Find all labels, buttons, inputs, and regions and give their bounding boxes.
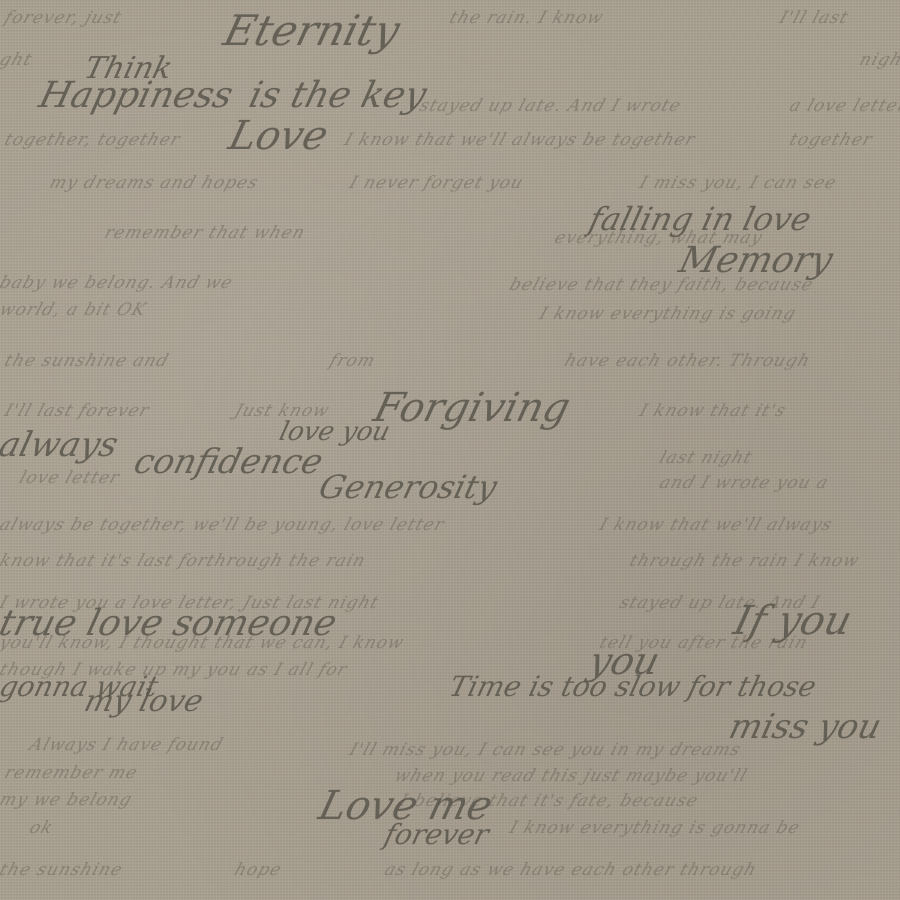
script-word: Generosity [316,471,500,503]
script-word: forever [382,821,492,849]
handwriting-line: remember me [2,765,140,782]
script-word: miss you [726,710,885,744]
script-word: Time is too slow for those [447,673,819,701]
handwriting-line: ok [27,820,55,837]
handwriting-line: I'll last forever [2,403,151,420]
handwriting-line: always be together, we'll be young, love… [0,517,446,534]
handwriting-line: I'll last [777,10,850,27]
script-wallpaper-texture: forever, justthe rain. I knowI'll lastgh… [0,0,900,900]
handwriting-line: my dreams and hopes [47,175,260,192]
script-word: Memory [676,243,837,279]
handwriting-line: together [787,132,875,149]
handwriting-line: ght [0,52,34,69]
script-word: Eternity [220,10,404,52]
handwriting-line: I know everything is gonna be [507,820,802,837]
script-word: true love someone [0,606,340,642]
handwriting-line: I never forget you [347,175,525,192]
script-word: Love [225,116,332,156]
script-word: always [0,428,121,462]
handwriting-line: remember that when [102,225,307,242]
script-word: If you [730,601,856,641]
handwriting-line: I'll miss you, I can see you in my dream… [347,742,743,759]
handwriting-line: from [327,353,377,370]
handwriting-line: a love letter [787,98,900,115]
script-word: my love [81,687,206,717]
handwriting-line: I miss you, I can see [637,175,839,192]
handwriting-line: know that it's last forthrough the rain [0,553,368,570]
handwriting-line: the sunshine and [2,353,171,370]
script-word: Forgiving [370,388,574,428]
handwriting-line: and I wrote you a [657,475,831,492]
handwriting-line: I know that it's [637,403,788,420]
script-word: Happiness [36,78,237,114]
handwriting-line: the sunshine [0,862,125,879]
handwriting-line: Always I have found [27,737,225,754]
handwriting-line: I know that we'll always be together [342,132,697,149]
handwriting-line: I know everything is going [537,306,798,323]
handwriting-line: have each other. Through [562,353,812,370]
handwriting-line: night [857,52,900,69]
handwriting-line: love letter [17,470,122,487]
handwriting-line: hope [232,862,284,879]
handwriting-line: my we belong [0,792,134,809]
handwriting-line: as long as we have each other through [382,862,759,879]
handwriting-line: forever, just [2,10,124,27]
handwriting-line: through the rain I know [627,553,861,570]
handwriting-line: I know that we'll always [597,517,834,534]
handwriting-line: world, a bit OK [0,302,149,319]
handwriting-line: together, together [2,132,182,149]
handwriting-line: last night [657,450,754,467]
script-word: is the key [246,78,430,114]
handwriting-line: the rain. I know [447,10,605,27]
handwriting-line: stayed up late. And I wrote [417,98,683,115]
handwriting-line: baby we belong. And we [0,275,235,292]
script-word: confidence [131,445,327,479]
script-word: falling in love [586,203,814,235]
